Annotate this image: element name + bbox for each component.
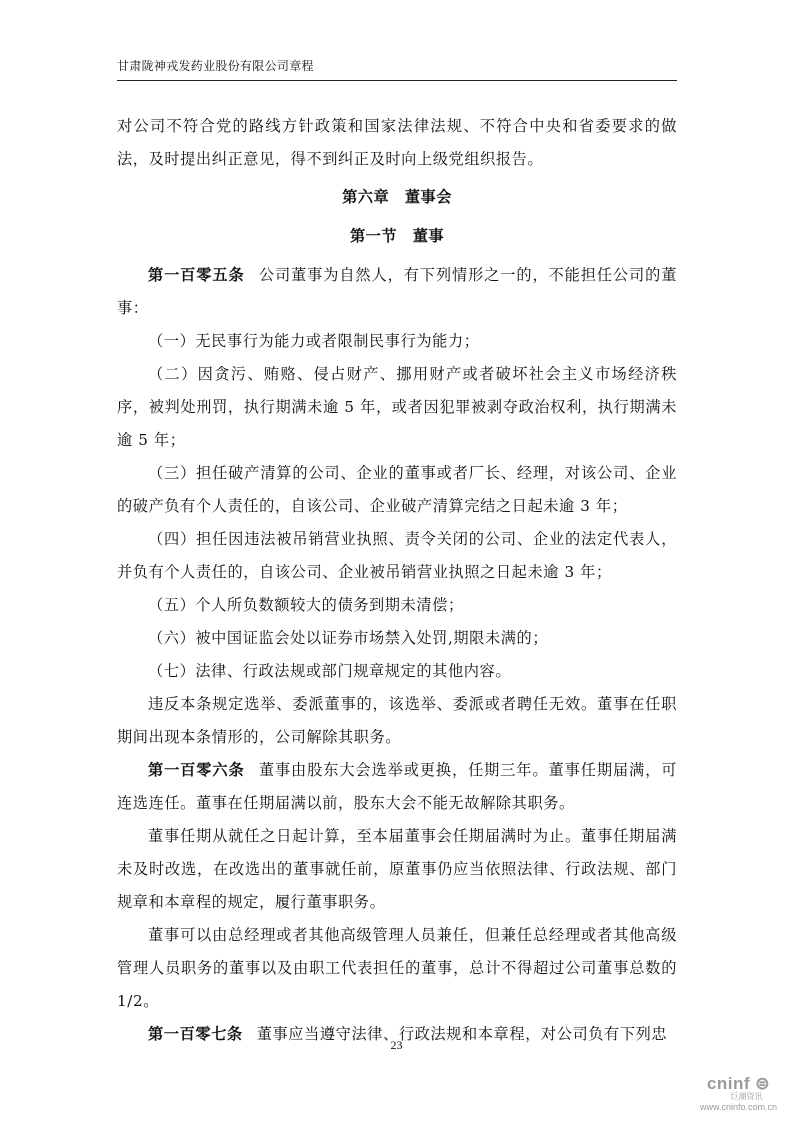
- list-item-4: （四）担任因违法被吊销营业执照、责令关闭的公司、企业的法定代表人，并负有个人责任…: [117, 523, 677, 589]
- article-105: 第一百零五条公司董事为自然人，有下列情形之一的，不能担任公司的董事：: [117, 259, 677, 325]
- list-item-2: （二）因贪污、贿赂、侵占财产、挪用财产或者破坏社会主义市场经济秩序，被判处刑罚，…: [117, 358, 677, 457]
- cninfo-watermark: cninf ⊜ 巨潮资讯 www.cninfo.com.cn: [700, 1075, 777, 1112]
- list-item-3: （三）担任破产清算的公司、企业的董事或者厂长、经理，对该公司、企业的破产负有个人…: [117, 457, 677, 523]
- list-item-5: （五）个人所负数额较大的债务到期未清偿；: [117, 589, 677, 622]
- list-item-7: （七）法律、行政法规或部门规章规定的其他内容。: [117, 655, 677, 688]
- list-item-6: （六）被中国证监会处以证券市场禁入处罚,期限未满的；: [117, 622, 677, 655]
- cninfo-logo: cninf ⊜: [700, 1075, 777, 1092]
- paragraph-concurrent: 董事可以由总经理或者其他高级管理人员兼任，但兼任总经理或者其他高级管理人员职务的…: [117, 919, 677, 1018]
- list-item-1: （一）无民事行为能力或者限制民事行为能力；: [117, 325, 677, 358]
- chapter-title: 第六章 董事会: [117, 181, 677, 214]
- paragraph-violation: 违反本条规定选举、委派董事的，该选举、委派或者聘任无效。董事在任职期间出现本条情…: [117, 688, 677, 754]
- cninfo-swirl-icon: ⊜: [750, 1074, 770, 1093]
- page-number: 23: [0, 1038, 793, 1053]
- document-body: 对公司不符合党的路线方针政策和国家法律法规、不符合中央和省委要求的做法，及时提出…: [117, 110, 677, 1051]
- watermark-url: www.cninfo.com.cn: [700, 1102, 777, 1112]
- section-title: 第一节 董事: [117, 220, 677, 253]
- watermark-subtitle: 巨潮资讯: [716, 1092, 777, 1102]
- paragraph-term: 董事任期从就任之日起计算，至本届董事会任期届满时为止。董事任期届满未及时改选，在…: [117, 820, 677, 919]
- paragraph-party-supervision: 对公司不符合党的路线方针政策和国家法律法规、不符合中央和省委要求的做法，及时提出…: [117, 110, 677, 176]
- article-106-title: 第一百零六条: [148, 761, 245, 779]
- article-106: 第一百零六条董事由股东大会选举或更换，任期三年。董事任期届满，可连选连任。董事在…: [117, 754, 677, 820]
- article-105-title: 第一百零五条: [148, 266, 245, 284]
- document-header: 甘肃陇神戎发药业股份有限公司章程: [117, 58, 677, 81]
